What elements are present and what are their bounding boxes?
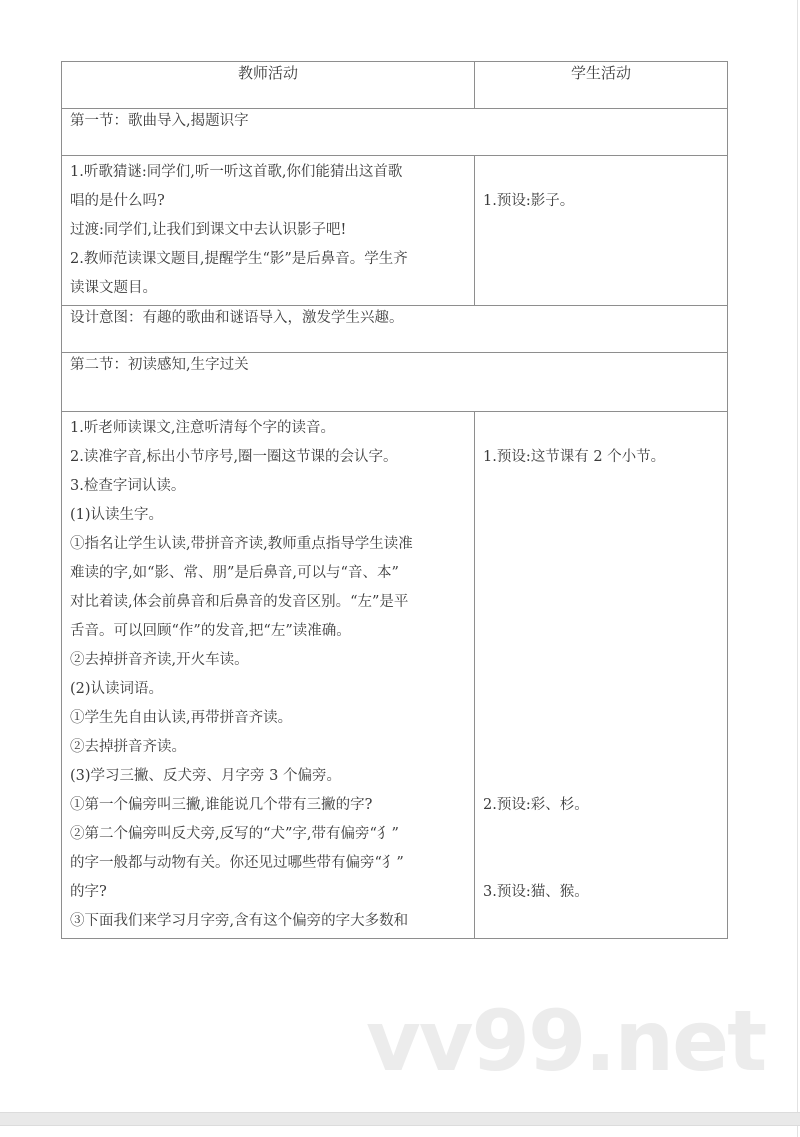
text-line: ①指名让学生认读,带拼音齐读,教师重点指导学生读准 [70, 530, 466, 559]
text-line: (2)认读词语。 [70, 675, 466, 704]
text-line: 1.听老师读课文,注意听清每个字的读音。 [70, 414, 466, 443]
section-2-title: 第二节：初读感知,生字过关 [62, 353, 728, 412]
text-line: 过渡:同学们,让我们到课文中去认识影子吧! [70, 216, 466, 245]
text-line: 2.读准字音,标出小节序号,圈一圈这节课的会认字。 [70, 443, 466, 472]
section-2-student-cell: 1.预设:这节课有 2 个小节。 2.预设:彩、杉。 3.预设:猫、猴。 [475, 412, 728, 939]
section-2-content-row: 1.听老师读课文,注意听清每个字的读音。 2.读准字音,标出小节序号,圈一圈这节… [62, 412, 728, 939]
text-line: 难读的字,如“影、常、朋”是后鼻音,可以与“音、本” [70, 559, 466, 588]
text-line: 3.检查字词认读。 [70, 472, 466, 501]
text-line: 唱的是什么吗? [70, 187, 466, 216]
section-1-content-row: 1.听歌猜谜:同学们,听一听这首歌,你们能猜出这首歌 唱的是什么吗? 过渡:同学… [62, 156, 728, 306]
text-line: 2.教师范读课文题目,提醒学生“影”是后鼻音。学生齐 [70, 245, 466, 274]
text-line: 1.预设:这节课有 2 个小节。 [483, 443, 719, 472]
student-activity-header: 学生活动 [475, 62, 728, 109]
lesson-plan-table: 教师活动 学生活动 第一节：歌曲导入,揭题识字 1.听歌猜谜:同学们,听一听这首… [61, 61, 728, 939]
text-line: ①第一个偏旁叫三撇,谁能说几个带有三撇的字? [70, 791, 466, 820]
text-line: 读课文题目。 [70, 274, 466, 303]
text-line: (3)学习三撇、反犬旁、月字旁 3 个偏旁。 [70, 762, 466, 791]
section-1-title: 第一节：歌曲导入,揭题识字 [62, 109, 728, 156]
text-line: ③下面我们来学习月字旁,含有这个偏旁的字大多数和 [70, 907, 466, 936]
page-separator [0, 1112, 800, 1126]
teacher-activity-header: 教师活动 [62, 62, 475, 109]
section-2-title-row: 第二节：初读感知,生字过关 [62, 353, 728, 412]
text-line: ②第二个偏旁叫反犬旁,反写的“犬”字,带有偏旁“犭” [70, 820, 466, 849]
text-line: 对比着读,体会前鼻音和后鼻音的发音区别。“左”是平 [70, 588, 466, 617]
text-line: 的字一般都与动物有关。你还见过哪些带有偏旁“犭” [70, 849, 466, 878]
design-intent: 设计意图：有趣的歌曲和谜语导入，激发学生兴趣。 [62, 306, 728, 353]
section-2-teacher-cell: 1.听老师读课文,注意听清每个字的读音。 2.读准字音,标出小节序号,圈一圈这节… [62, 412, 475, 939]
header-row: 教师活动 学生活动 [62, 62, 728, 109]
page-edge [797, 0, 798, 1137]
section-1-teacher-cell: 1.听歌猜谜:同学们,听一听这首歌,你们能猜出这首歌 唱的是什么吗? 过渡:同学… [62, 156, 475, 306]
section-1-title-row: 第一节：歌曲导入,揭题识字 [62, 109, 728, 156]
text-line: ②去掉拼音齐读,开火车读。 [70, 646, 466, 675]
text-line: ②去掉拼音齐读。 [70, 733, 466, 762]
text-line: 的字? [70, 878, 466, 907]
text-line: ①学生先自由认读,再带拼音齐读。 [70, 704, 466, 733]
text-line: 3.预设:猫、猴。 [483, 878, 719, 907]
text-line: 舌音。可以回顾“作”的发音,把“左”读准确。 [70, 617, 466, 646]
section-1-student-cell: 1.预设:影子。 [475, 156, 728, 306]
watermark: vv99.net [366, 999, 765, 1083]
text-line: 1.预设:影子。 [483, 187, 719, 216]
text-line: 2.预设:彩、杉。 [483, 791, 719, 820]
text-line: 1.听歌猜谜:同学们,听一听这首歌,你们能猜出这首歌 [70, 158, 466, 187]
text-line: (1)认读生字。 [70, 501, 466, 530]
design-intent-row: 设计意图：有趣的歌曲和谜语导入，激发学生兴趣。 [62, 306, 728, 353]
